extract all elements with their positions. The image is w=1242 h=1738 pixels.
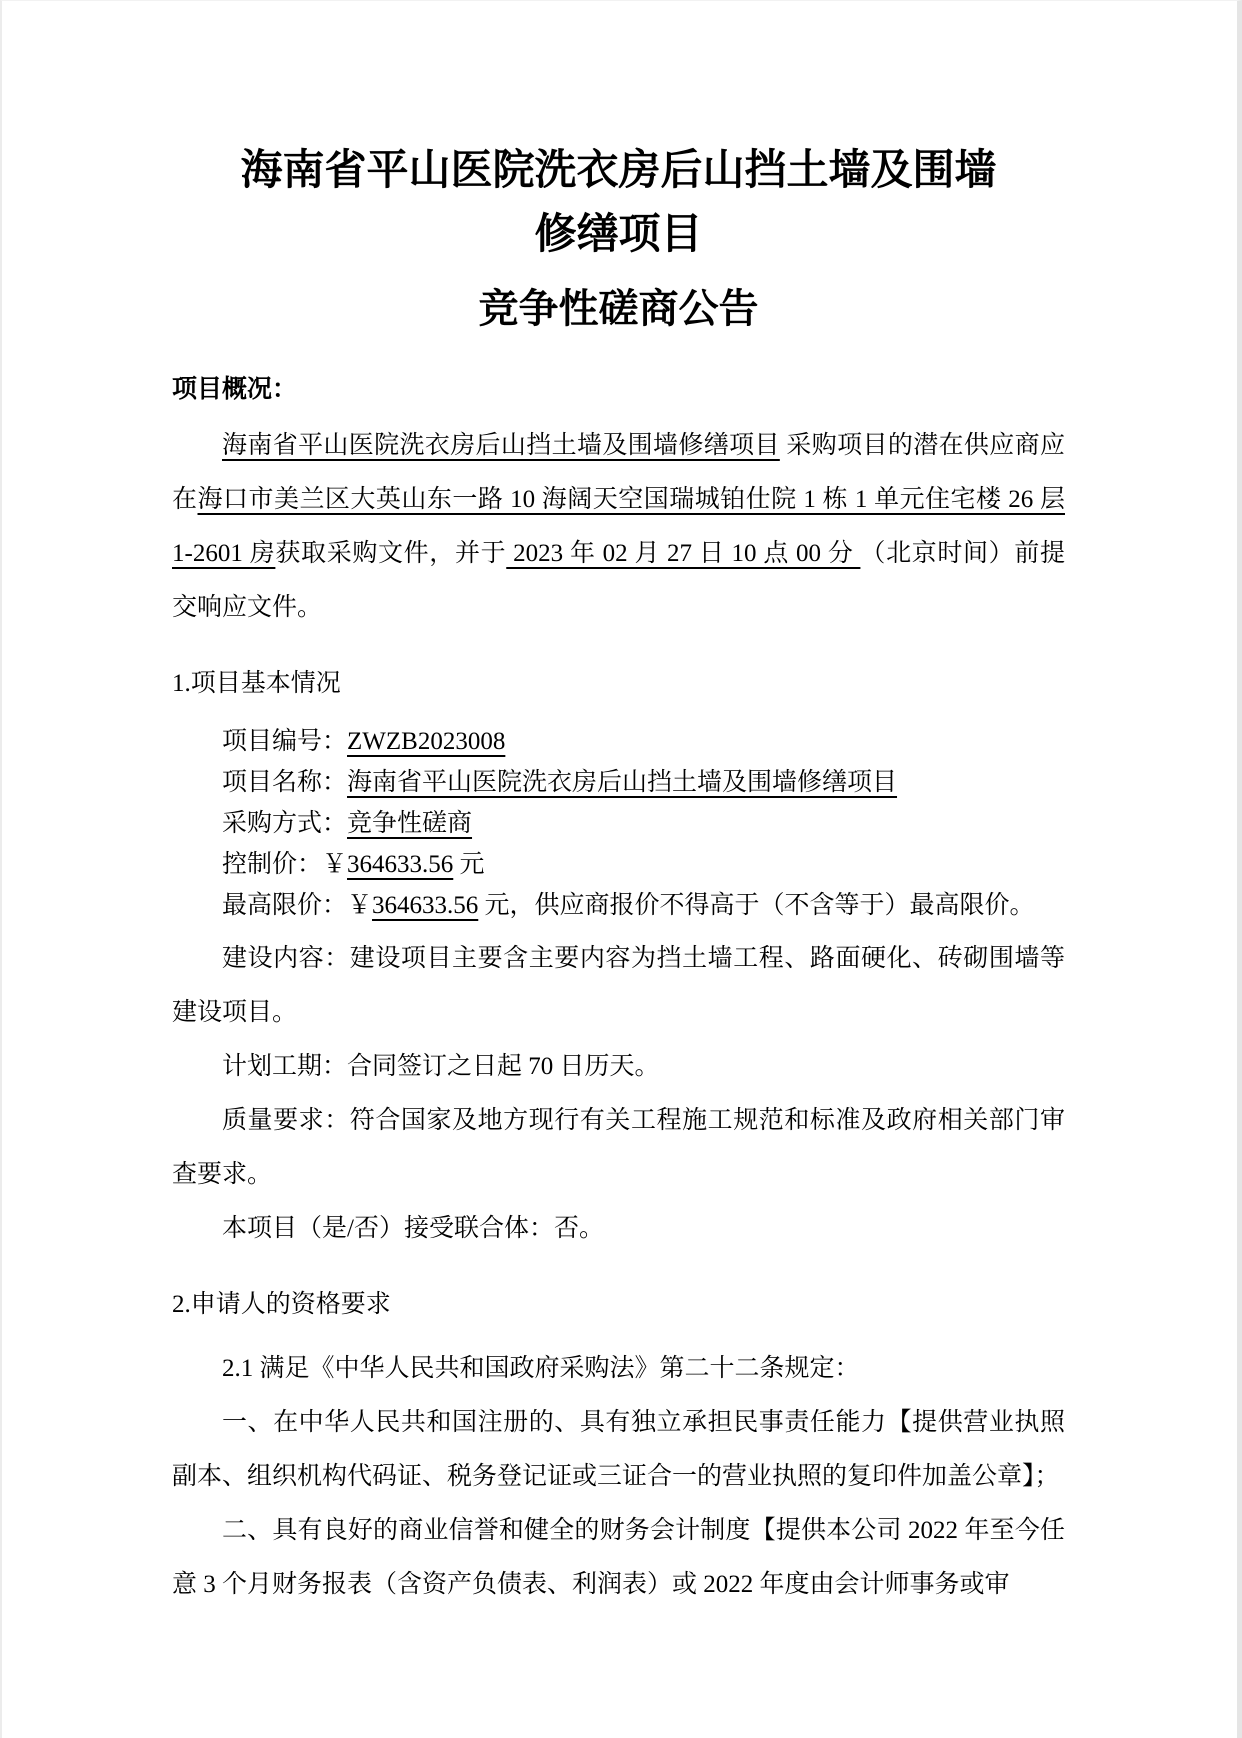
field-max-price: 最高限价：￥364633.56 元，供应商报价不得高于（不含等于）最高限价。: [172, 885, 1065, 926]
field-max-price-suffix: 元，供应商报价不得高于（不含等于）最高限价。: [478, 892, 1034, 919]
deadline-underline: 2023 年 02 月 27 日 10 点 00 分: [506, 540, 860, 567]
document-subtitle: 竞争性磋商公告: [172, 283, 1065, 335]
field-project-number-label: 项目编号：: [222, 728, 347, 755]
para-quality-requirement: 质量要求：符合国家及地方现行有关工程施工规范和标准及政府相关部门审查要求。: [172, 1094, 1065, 1202]
para-requirement-1: 一、在中华人民共和国注册的、具有独立承担民事责任能力【提供营业执照副本、组织机构…: [172, 1396, 1065, 1504]
document-page: 海南省平山医院洗衣房后山挡土墙及围墙修缮项目 竞争性磋商公告 项目概况： 海南省…: [0, 0, 1242, 1738]
project-name-underline: 海南省平山医院洗衣房后山挡土墙及围墙修缮项目: [222, 432, 780, 459]
intro-text-after-address: 获取采购文件，并于: [275, 540, 506, 567]
para-clause-2-1: 2.1 满足《中华人民共和国政府采购法》第二十二条规定：: [172, 1342, 1065, 1396]
para-consortium: 本项目（是/否）接受联合体：否。: [172, 1202, 1065, 1256]
section1-heading: 1.项目基本情况: [172, 667, 1065, 701]
field-project-name-value: 海南省平山医院洗衣房后山挡土墙及围墙修缮项目: [347, 769, 897, 796]
field-project-number-value: ZWZB2023008: [347, 728, 505, 755]
para-planned-duration: 计划工期：合同签订之日起 70 日历天。: [172, 1040, 1065, 1094]
field-control-price: 控制价：￥364633.56 元: [172, 844, 1065, 885]
document-title: 海南省平山医院洗衣房后山挡土墙及围墙修缮项目: [229, 139, 1009, 267]
field-procurement-method-value: 竞争性磋商: [347, 810, 472, 837]
field-project-number: 项目编号：ZWZB2023008: [172, 721, 1065, 762]
overview-intro-paragraph: 海南省平山医院洗衣房后山挡土墙及围墙修缮项目 采购项目的潜在供应商应在海口市美兰…: [172, 419, 1065, 635]
field-control-price-suffix: 元: [453, 851, 484, 878]
field-project-name-label: 项目名称：: [222, 769, 347, 796]
overview-heading: 项目概况：: [172, 373, 1065, 407]
field-project-name: 项目名称：海南省平山医院洗衣房后山挡土墙及围墙修缮项目: [172, 762, 1065, 803]
field-control-price-value: 364633.56: [347, 851, 453, 878]
field-max-price-label: 最高限价：￥: [222, 892, 372, 919]
field-control-price-label: 控制价：￥: [222, 851, 347, 878]
field-max-price-value: 364633.56: [372, 892, 478, 919]
section2-heading: 2.申请人的资格要求: [172, 1288, 1065, 1322]
field-procurement-method: 采购方式：竞争性磋商: [172, 803, 1065, 844]
field-procurement-method-label: 采购方式：: [222, 810, 347, 837]
para-requirement-2: 二、具有良好的商业信誉和健全的财务会计制度【提供本公司 2022 年至今任意 3…: [172, 1504, 1065, 1612]
para-construction-content: 建设内容：建设项目主要含主要内容为挡土墙工程、路面硬化、砖砌围墙等建设项目。: [172, 932, 1065, 1040]
